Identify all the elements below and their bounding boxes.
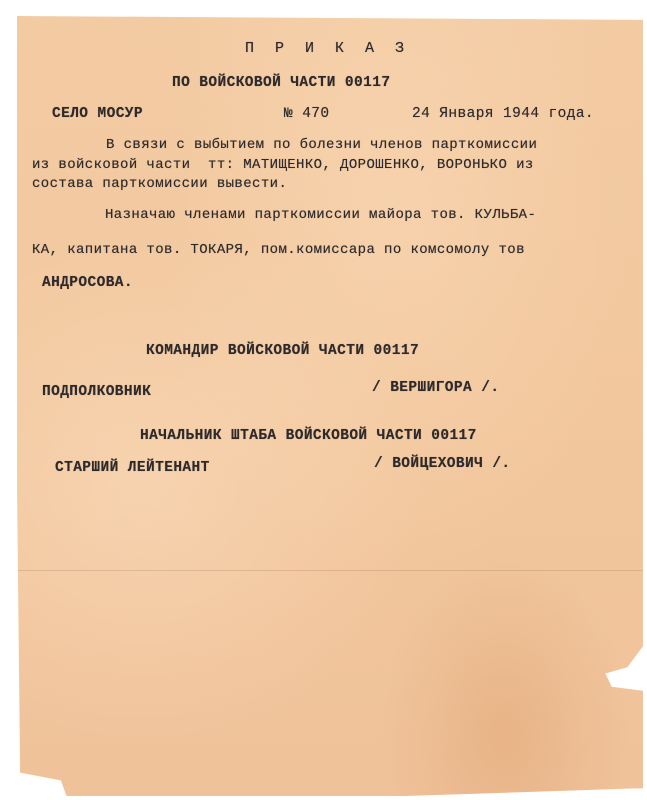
header-date: 24 Января 1944 года. (412, 106, 594, 122)
signature-1-position: КОМАНДИР ВОЙСКОВОЙ ЧАСТИ 00117 (146, 343, 419, 359)
signature-1-rank: ПОДПОЛКОВНИК (42, 384, 151, 400)
header-place: СЕЛО МОСУР (52, 106, 143, 122)
paragraph-1-line-2: из войсковой части тт: МАТИЩЕНКО, ДОРОШЕ… (32, 157, 534, 173)
signature-1-name: / ВЕРШИГОРА /. (372, 380, 499, 396)
header-order-number: № 470 (284, 106, 330, 122)
document-title: П Р И К А З (245, 40, 410, 57)
paragraph-1-line-3: состава парткомиссии вывести. (32, 176, 287, 192)
paragraph-2-line-1: Назначаю членами парткомиссии майора тов… (105, 207, 536, 223)
signature-2-position: НАЧАЛЬНИК ШТАБА ВОЙСКОВОЙ ЧАСТИ 00117 (140, 428, 477, 444)
signature-2-rank: СТАРШИЙ ЛЕЙТЕНАНТ (55, 460, 210, 476)
document-subtitle: ПО ВОЙСКОВОЙ ЧАСТИ 00117 (172, 75, 390, 91)
paragraph-1-line-1: В связи с выбытием по болезни членов пар… (106, 137, 537, 153)
paragraph-2-line-2: КА, капитана тов. ТОКАРЯ, пом.комиссара … (32, 242, 525, 258)
document-paper (17, 16, 643, 796)
paragraph-2-line-3: АНДРОСОВА. (42, 275, 133, 291)
paper-fold-line (17, 570, 643, 571)
signature-2-name: / ВОЙЦЕХОВИЧ /. (374, 456, 511, 472)
